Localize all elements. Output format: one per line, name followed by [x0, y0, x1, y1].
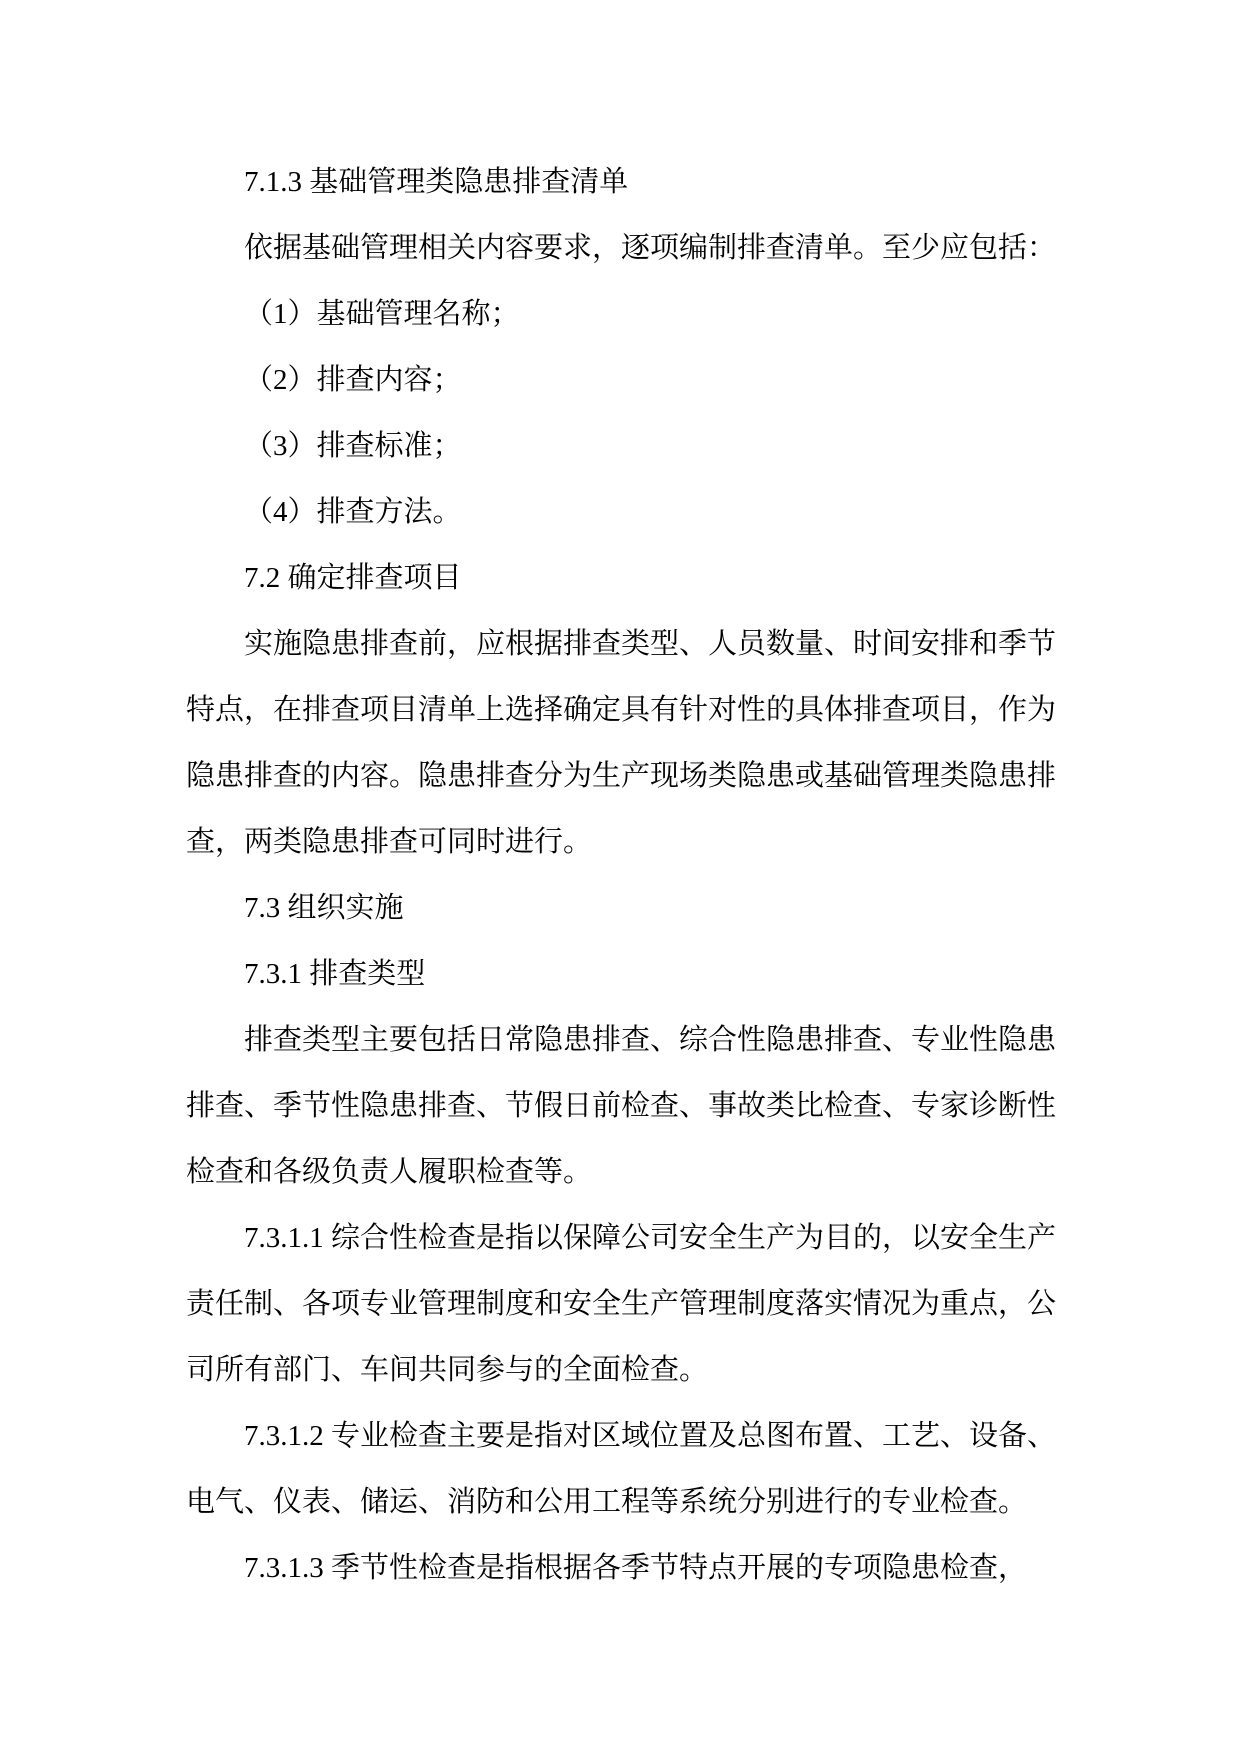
section-heading-7-1-3: 7.1.3 基础管理类隐患排查清单	[186, 149, 1056, 215]
list-item-1: （1）基础管理名称；	[186, 281, 1056, 347]
paragraph: 实施隐患排查前，应根据排查类型、人员数量、时间安排和季节特点，在排查项目清单上选…	[186, 611, 1056, 875]
document-page: 7.1.3 基础管理类隐患排查清单 依据基础管理相关内容要求，逐项编制排查清单。…	[0, 0, 1241, 1754]
section-heading-7-3: 7.3 组织实施	[186, 875, 1056, 941]
section-heading-7-3-1: 7.3.1 排查类型	[186, 941, 1056, 1007]
list-item-3: （3）排查标准；	[186, 413, 1056, 479]
paragraph: 排查类型主要包括日常隐患排查、综合性隐患排查、专业性隐患排查、季节性隐患排查、节…	[186, 1007, 1056, 1205]
paragraph-7-3-1-1: 7.3.1.1 综合性检查是指以保障公司安全生产为目的，以安全生产责任制、各项专…	[186, 1205, 1056, 1403]
list-item-4: （4）排查方法。	[186, 479, 1056, 545]
list-item-2: （2）排查内容；	[186, 347, 1056, 413]
paragraph-7-3-1-2: 7.3.1.2 专业检查主要是指对区域位置及总图布置、工艺、设备、电气、仪表、储…	[186, 1403, 1056, 1535]
paragraph: 依据基础管理相关内容要求，逐项编制排查清单。至少应包括：	[186, 215, 1056, 281]
section-heading-7-2: 7.2 确定排查项目	[186, 545, 1056, 611]
paragraph-7-3-1-3: 7.3.1.3 季节性检查是指根据各季节特点开展的专项隐患检查，	[186, 1535, 1056, 1601]
